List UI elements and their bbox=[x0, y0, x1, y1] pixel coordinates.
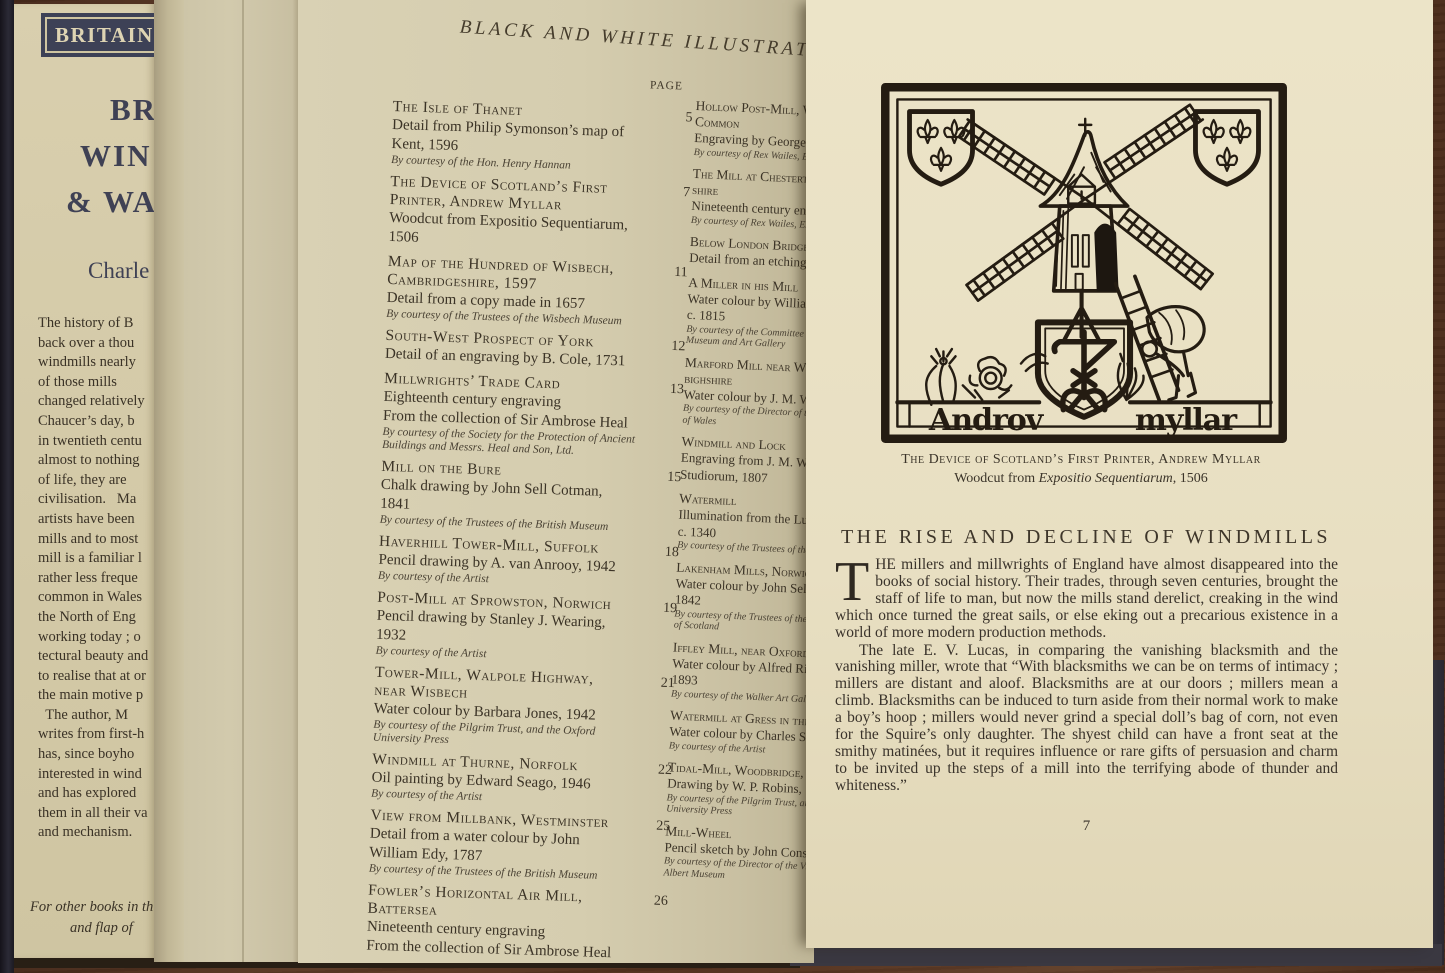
paragraph: THE millers and millwrights of England h… bbox=[835, 557, 1338, 642]
toc-entry: The Isle of Thanet Detail from Philip Sy… bbox=[391, 98, 693, 176]
flowers-decoration bbox=[926, 349, 1047, 405]
toc-entry: Fowler’s Horizontal Air Mill, Battersea … bbox=[366, 882, 668, 965]
jacket-blurb-line: the North of Eng bbox=[38, 608, 154, 628]
windmill-body bbox=[1040, 119, 1127, 340]
caption-book-title: Expositio Sequentiarum bbox=[1039, 471, 1173, 486]
jacket-blurb-line: windmills nearly bbox=[38, 353, 154, 373]
jacket-fold-crease bbox=[154, 0, 184, 962]
toc-entry: Millwrights’ Trade Card Eighteenth centu… bbox=[382, 370, 684, 461]
toc-entry: Post-Mill at Sprowston, Norwich Pencil d… bbox=[375, 589, 677, 667]
caption-line1: The Device of Scotland’s First Printer, … bbox=[846, 450, 1316, 469]
banner-text-left: Androv bbox=[928, 403, 1045, 438]
jacket-blurb-line: them in all their va bbox=[38, 804, 154, 824]
jacket-blurb-line: writes from first-h bbox=[38, 725, 154, 745]
toc-entry-page-number: 12 bbox=[671, 339, 685, 355]
jacket-blurb-line: has, since boyho bbox=[38, 745, 154, 765]
paragraph: The late E. V. Lucas, in comparing the v… bbox=[835, 643, 1338, 795]
jacket-blurb-line: to realise that at or bbox=[38, 667, 154, 687]
jacket-blurb-line: rather less freque bbox=[38, 569, 154, 589]
britain-badge: BRITAIN bbox=[42, 14, 154, 56]
jacket-blurb-line: interested in wind bbox=[38, 765, 154, 785]
jacket-blurb-line: The author, M bbox=[38, 706, 154, 726]
jacket-blurb: The history of Bback over a thouwindmill… bbox=[38, 314, 154, 843]
jacket-blurb-line: back over a thou bbox=[38, 334, 154, 354]
jacket-blurb-line: Chaucer’s day, b bbox=[38, 412, 154, 432]
toc-entry: Map of the Hundred of Wisbech, Cambridge… bbox=[386, 253, 688, 330]
banner: Androv myllar bbox=[897, 402, 1270, 438]
chapter-body-text: THE millers and millwrights of England h… bbox=[835, 557, 1338, 795]
jacket-title-fragment: & WAT bbox=[66, 184, 154, 220]
toc-entry: Windmill at Thurne, Norfolk Oil painting… bbox=[371, 751, 672, 810]
toc-entry: Mill on the Bure Chalk drawing by John S… bbox=[380, 458, 682, 536]
fleur-de-lis-shield-left bbox=[910, 112, 973, 185]
toc-entry: South-West Prospect of York Detail of an… bbox=[385, 327, 686, 373]
jacket-footnote-line: and flap of bbox=[30, 918, 154, 939]
jacket-blurb-line: The history of B bbox=[38, 314, 154, 334]
jacket-blurb-line: in twentieth centu bbox=[38, 432, 154, 452]
jacket-title-fragment: BR bbox=[110, 92, 154, 128]
toc-entry: Haverhill Tower-Mill, Suffolk Pencil dra… bbox=[378, 533, 679, 592]
britain-badge-label: BRITAIN bbox=[55, 23, 154, 48]
jacket-blurb-line: mills and to most bbox=[38, 530, 154, 550]
caption-line2: Woodcut from Expositio Sequentiarum, 150… bbox=[846, 469, 1316, 488]
britain-badge-border: BRITAIN bbox=[45, 17, 154, 53]
paragraph-text: HE millers and millwrights of England ha… bbox=[835, 556, 1338, 641]
woodcut-caption: The Device of Scotland’s First Printer, … bbox=[846, 450, 1316, 488]
book-cover-edge-left bbox=[0, 0, 14, 973]
jacket-blurb-line: almost to nothing bbox=[38, 451, 154, 471]
toc-entry-detail: Woodcut from Expositio Sequentiarum, 150… bbox=[388, 209, 643, 255]
toc-entry: The Device of Scotland’s First Printer, … bbox=[388, 173, 690, 256]
toc-entry: View from Millbank, Westminster Detail f… bbox=[369, 807, 671, 885]
toc-entry-page-number: 7 bbox=[683, 185, 690, 201]
toc-entry-page-number: 13 bbox=[670, 382, 684, 398]
jacket-blurb-line: artists have been bbox=[38, 510, 154, 530]
toc-entry-page-number: 11 bbox=[674, 265, 688, 281]
jacket-blurb-line: common in Wales bbox=[38, 588, 154, 608]
jacket-title-fragment: WIN bbox=[80, 138, 151, 174]
drop-cap: T bbox=[835, 557, 875, 605]
caption-text: Woodcut from bbox=[954, 471, 1038, 486]
jacket-blurb-line: working today ; o bbox=[38, 628, 154, 648]
toc-entry: Tower-Mill, Walpole Highway, near Wisbec… bbox=[373, 664, 675, 754]
toc-left-column: The Isle of Thanet Detail from Philip Sy… bbox=[366, 98, 693, 971]
chapter-heading: THE RISE AND DECLINE OF WINDMILLS bbox=[831, 526, 1341, 549]
toc-page-column-label: PAGE bbox=[650, 79, 683, 92]
toc-page: BLACK AND WHITE ILLUSTRATIONS PAGE The I… bbox=[298, 0, 814, 963]
windmill-woodcut-illustration: Androv myllar bbox=[878, 80, 1290, 446]
banner-text-right: myllar bbox=[1135, 403, 1238, 438]
jacket-blurb-line: and mechanism. bbox=[38, 823, 154, 843]
jacket-blurb-line: tectural beauty and bbox=[38, 647, 154, 667]
dust-jacket-flap: BRITAIN BR WIN & WAT Charle The history … bbox=[14, 4, 154, 958]
jacket-blurb-line: mill is a familiar l bbox=[38, 549, 154, 569]
fleur-de-lis-shield-right bbox=[1195, 112, 1258, 185]
page-edge-band bbox=[184, 0, 298, 962]
jacket-blurb-line: changed relatively bbox=[38, 392, 154, 412]
jacket-author-fragment: Charle bbox=[88, 258, 149, 284]
jacket-blurb-line: of life, they are bbox=[38, 471, 154, 491]
page-number: 7 bbox=[835, 818, 1338, 835]
jacket-blurb-line: and has explored bbox=[38, 784, 154, 804]
chapter-page: Androv myllar The Device of Scotland’s F… bbox=[806, 0, 1433, 948]
jacket-footnote-line: For other books in th bbox=[30, 897, 154, 918]
jacket-footnote: For other books in th and flap of bbox=[30, 897, 154, 939]
jacket-blurb-line: of those mills bbox=[38, 373, 154, 393]
toc-entry-page-number: 5 bbox=[685, 110, 692, 126]
caption-text: , 1506 bbox=[1173, 471, 1208, 486]
jacket-blurb-line: the main motive p bbox=[38, 686, 154, 706]
printers-mark-shield bbox=[1038, 322, 1130, 417]
jacket-blurb-line: civilisation. Ma bbox=[38, 490, 154, 510]
toc-entry-page-number: 26 bbox=[654, 894, 668, 910]
